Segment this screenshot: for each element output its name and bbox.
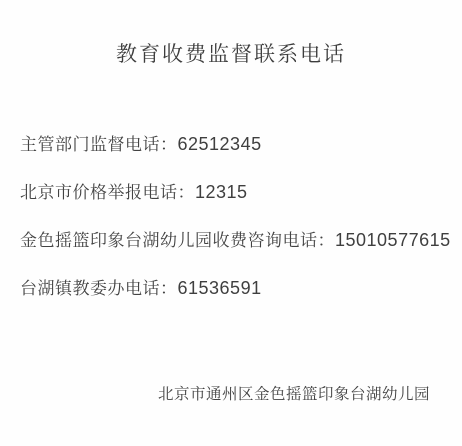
phone-line-education-office: 台湖镇教委办电话：61536591 <box>20 278 448 299</box>
page-title: 教育收费监督联系电话 <box>0 0 462 68</box>
signature: 北京市通州区金色摇篮印象台湖幼儿园 <box>158 382 430 404</box>
phone-line-kindergarten-fee: 金色摇篮印象台湖幼儿园收费咨询电话：15010577615 <box>20 230 448 251</box>
phone-label: 台湖镇教委办电话： <box>20 279 178 298</box>
phone-number: 15010577615 <box>335 230 451 250</box>
phone-number: 62512345 <box>178 134 262 154</box>
phone-label: 北京市价格举报电话： <box>20 183 195 202</box>
phone-number: 61536591 <box>178 278 262 298</box>
phone-list: 主管部门监督电话：62512345 北京市价格举报电话：12315 金色摇篮印象… <box>20 134 448 326</box>
phone-line-supervision: 主管部门监督电话：62512345 <box>20 134 448 155</box>
phone-number: 12315 <box>195 182 248 202</box>
phone-label: 金色摇篮印象台湖幼儿园收费咨询电话： <box>20 231 335 250</box>
notice-document: 教育收费监督联系电话 主管部门监督电话：62512345 北京市价格举报电话：1… <box>0 0 462 446</box>
phone-line-price-report: 北京市价格举报电话：12315 <box>20 182 448 203</box>
phone-label: 主管部门监督电话： <box>20 135 178 154</box>
